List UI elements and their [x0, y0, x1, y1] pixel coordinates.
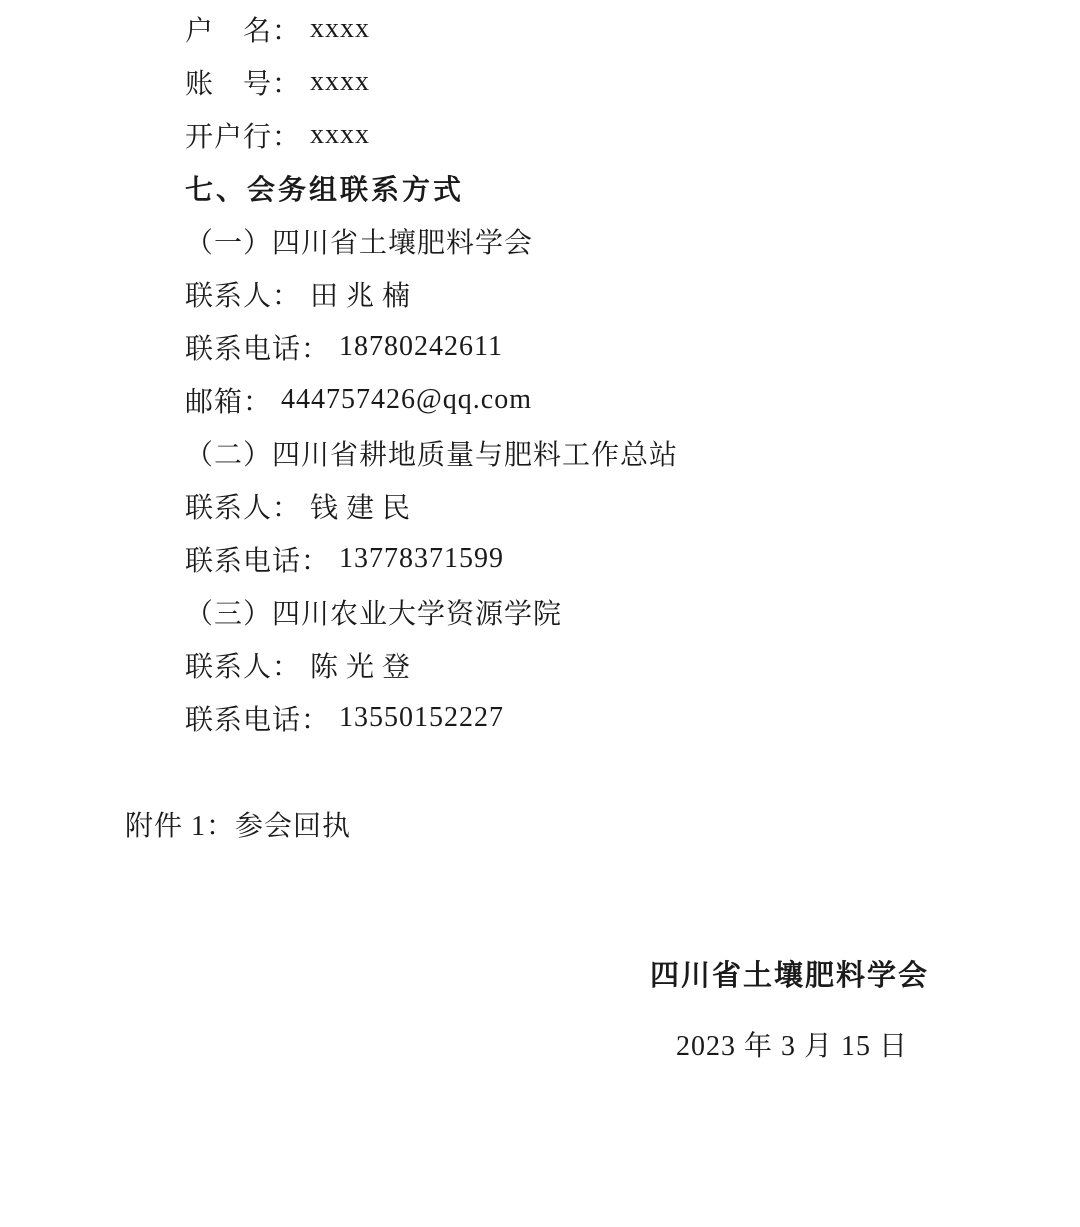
signature-date: 2023 年 3 月 15 日	[676, 1024, 908, 1064]
contact-person-line-1: 联系人：田兆楠	[0, 267, 1080, 320]
document-page: 户 名：xxxx 账 号：xxxx 开户行：xxxx 七、会务组联系方式 （一）…	[0, 0, 1080, 1227]
contact-org-2: （二）四川省耕地质量与肥料工作总站	[0, 426, 1080, 479]
contact-email-label-1: 邮箱：	[185, 380, 272, 420]
bank-account-name-value: xxxx	[310, 13, 370, 45]
contact-person-line-2: 联系人：钱建民	[0, 479, 1080, 532]
attachment-note: 附件 1：参会回执	[0, 797, 1080, 850]
signature-org: 四川省土壤肥料学会	[650, 953, 929, 994]
contact-person-label-1: 联系人：	[185, 274, 301, 314]
contact-person-label-3: 联系人：	[185, 645, 301, 685]
spacer	[0, 744, 1080, 797]
contact-email-value-1: 444757426@qq.com	[281, 384, 532, 416]
bank-account-number-value: xxxx	[310, 66, 370, 98]
contact-person-label-2: 联系人：	[185, 486, 301, 526]
contact-org-1: （一）四川省土壤肥料学会	[0, 214, 1080, 267]
bank-account-number-label: 账 号：	[185, 62, 301, 102]
bank-account-name-line: 户 名：xxxx	[0, 2, 1080, 55]
bank-branch-value: xxxx	[310, 119, 370, 151]
contact-phone-label-2: 联系电话：	[185, 539, 330, 579]
bank-account-name-label: 户 名：	[185, 9, 301, 49]
bank-branch-label: 开户行：	[185, 115, 301, 155]
contact-person-name-3: 陈光登	[310, 645, 418, 685]
contact-phone-line-2: 联系电话：13778371599	[0, 532, 1080, 585]
contact-phone-line-3: 联系电话：13550152227	[0, 691, 1080, 744]
document-body: 户 名：xxxx 账 号：xxxx 开户行：xxxx 七、会务组联系方式 （一）…	[0, 0, 1080, 850]
contact-person-line-3: 联系人：陈光登	[0, 638, 1080, 691]
contact-email-line-1: 邮箱：444757426@qq.com	[0, 373, 1080, 426]
contact-phone-value-2: 13778371599	[339, 543, 504, 575]
contact-phone-label-3: 联系电话：	[185, 698, 330, 738]
bank-branch-line: 开户行：xxxx	[0, 108, 1080, 161]
contact-phone-value-1: 18780242611	[339, 331, 503, 363]
contact-person-name-1: 田兆楠	[310, 274, 418, 314]
contact-phone-value-3: 13550152227	[339, 702, 504, 734]
contact-org-3: （三）四川农业大学资源学院	[0, 585, 1080, 638]
bank-account-number-line: 账 号：xxxx	[0, 55, 1080, 108]
section-heading: 七、会务组联系方式	[0, 161, 1080, 214]
contact-person-name-2: 钱建民	[310, 486, 418, 526]
contact-phone-label-1: 联系电话：	[185, 327, 330, 367]
contact-phone-line-1: 联系电话：18780242611	[0, 320, 1080, 373]
